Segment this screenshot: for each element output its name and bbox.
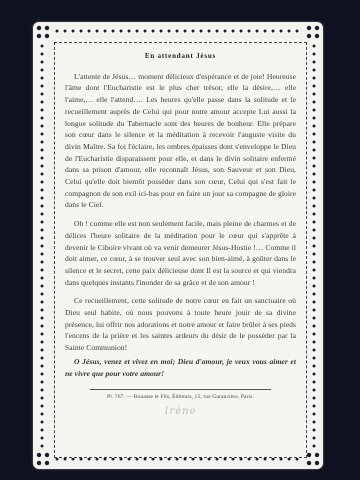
lace-border-right bbox=[310, 42, 318, 449]
lace-corner-icon bbox=[305, 451, 321, 467]
handwritten-signature: Irène bbox=[55, 406, 306, 417]
lace-corner-icon bbox=[35, 24, 51, 40]
divider bbox=[90, 389, 271, 390]
card-content: En attendant Jésus L'attente de Jésus… m… bbox=[65, 51, 296, 379]
text-panel: En attendant Jésus L'attente de Jésus… m… bbox=[54, 42, 307, 458]
paragraph-3: Ce recueillement, cette solitude de notr… bbox=[65, 295, 296, 354]
publisher-line: Pl. 767. — Bouasse et Fils, Éditeurs, 15… bbox=[55, 394, 306, 400]
paragraph-1: L'attente de Jésus… moment délicieux d'e… bbox=[65, 71, 296, 211]
card-title: En attendant Jésus bbox=[65, 51, 296, 63]
lace-corner-icon bbox=[35, 451, 51, 467]
lace-border-top bbox=[53, 27, 303, 35]
paragraph-2: Oh ! comme elle est non seulement facile… bbox=[65, 218, 296, 288]
prayer: O Jésus, venez et vivez en moi; Dieu d'a… bbox=[65, 356, 296, 379]
lace-corner-icon bbox=[305, 24, 321, 40]
lace-border-left bbox=[38, 42, 46, 449]
holy-card: En attendant Jésus L'attente de Jésus… m… bbox=[33, 22, 323, 469]
